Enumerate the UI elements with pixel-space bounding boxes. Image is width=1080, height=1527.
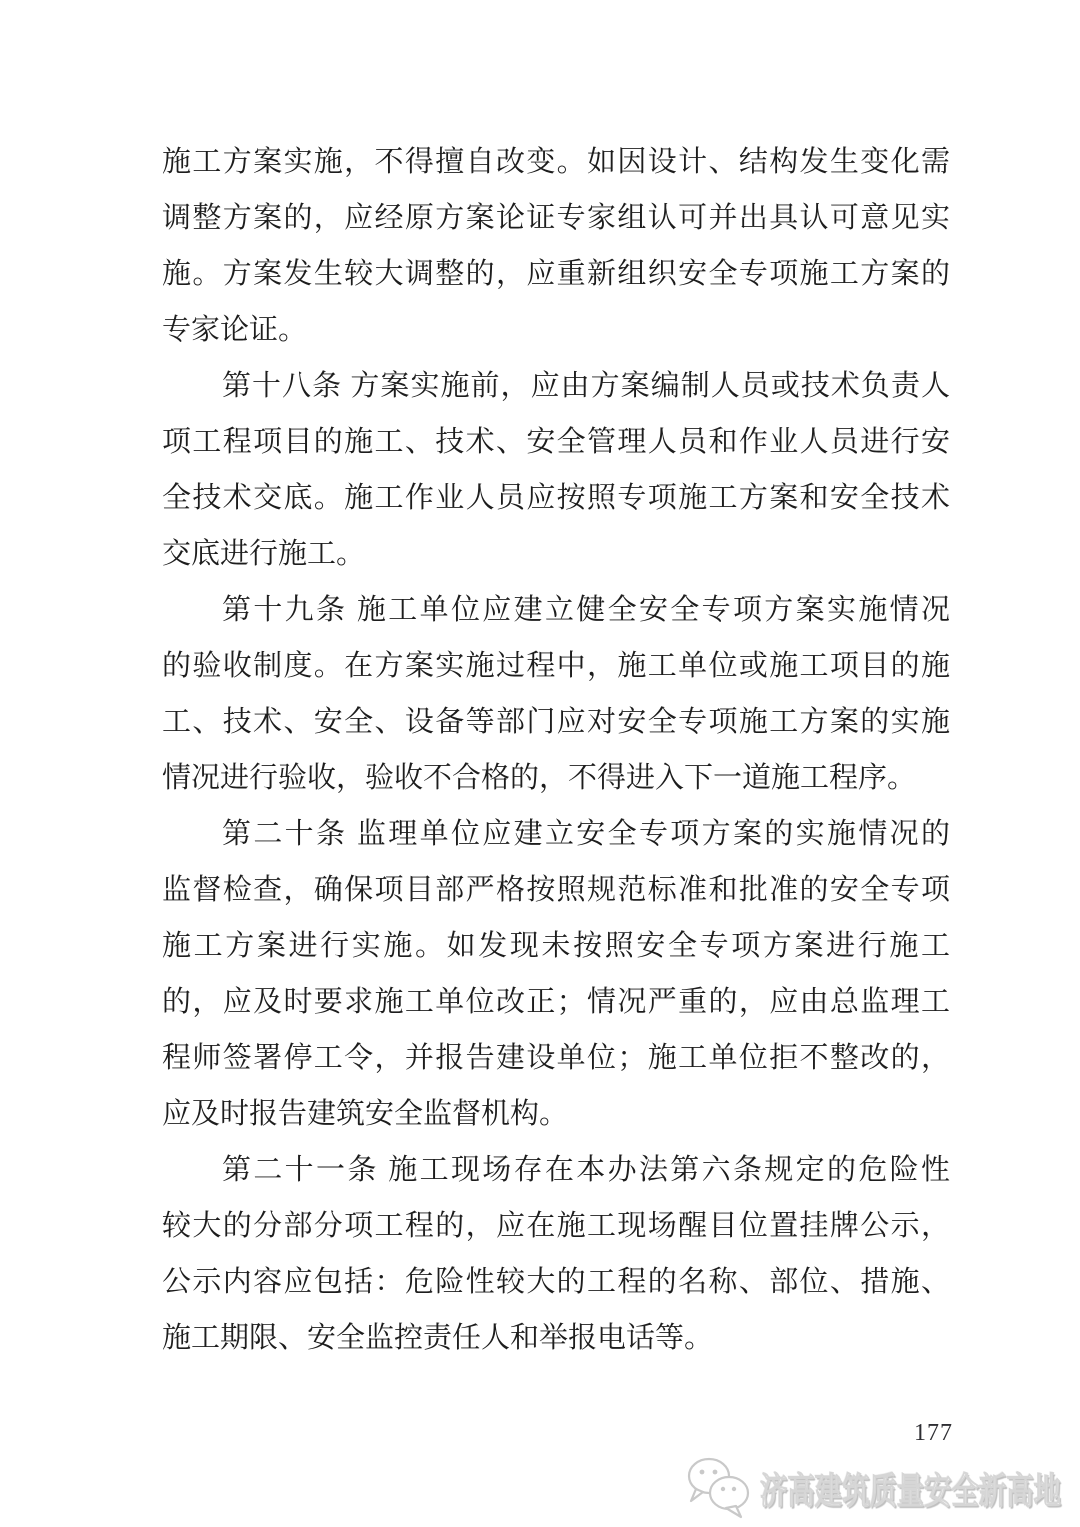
article-20: 第二十条 监理单位应建立安全专项方案的实施情况的 监督检查，确保项目部严格按照规… [162,806,950,1142]
text-line: 的，应及时要求施工单位改正；情况严重的，应由总监理工 [162,974,950,1030]
text-line: 第二十一条 施工现场存在本办法第六条规定的危险性 [162,1142,950,1198]
text-line: 情况进行验收，验收不合格的，不得进入下一道施工程序。 [162,750,950,806]
text-line: 公示内容应包括：危险性较大的工程的名称、部位、措施、 [162,1254,950,1310]
page-number: 177 [914,1420,953,1447]
text-line: 第二十条 监理单位应建立安全专项方案的实施情况的 [162,806,950,862]
text-line: 工、技术、安全、设备等部门应对安全专项施工方案的实施 [162,694,950,750]
text-line: 全技术交底。施工作业人员应按照专项施工方案和安全技术 [162,470,950,526]
paragraph-continuation: 施工方案实施，不得擅自改变。如因设计、结构发生变化需 调整方案的，应经原方案论证… [162,134,950,358]
text-line: 应及时报告建筑安全监督机构。 [162,1086,950,1142]
text-line: 施。方案发生较大调整的，应重新组织安全专项施工方案的 [162,246,950,302]
text-line: 监督检查，确保项目部严格按照规范标准和批准的安全专项 [162,862,950,918]
article-19: 第十九条 施工单位应建立健全安全专项方案实施情况 的验收制度。在方案实施过程中，… [162,582,950,806]
text-line: 调整方案的，应经原方案论证专家组认可并出具认可意见实 [162,190,950,246]
document-body: 施工方案实施，不得擅自改变。如因设计、结构发生变化需 调整方案的，应经原方案论证… [162,134,950,1366]
text-line: 项工程项目的施工、技术、安全管理人员和作业人员进行安 [162,414,950,470]
text-line: 第十八条 方案实施前，应由方案编制人员或技术负责人 [162,358,950,414]
text-line: 程师签署停工令，并报告建设单位；施工单位拒不整改的， [162,1030,950,1086]
text-line: 的验收制度。在方案实施过程中，施工单位或施工项目的施 [162,638,950,694]
text-line: 专家论证。 [162,302,950,358]
text-line: 第十九条 施工单位应建立健全安全专项方案实施情况 [162,582,950,638]
watermark: 济高建筑质量安全新高地 [684,1452,1080,1524]
document-page: 施工方案实施，不得擅自改变。如因设计、结构发生变化需 调整方案的，应经原方案论证… [0,0,1080,1527]
text-line: 施工期限、安全监控责任人和举报电话等。 [162,1310,950,1366]
text-line: 施工方案进行实施。如发现未按照安全专项方案进行施工 [162,918,950,974]
text-line: 较大的分部分项工程的，应在施工现场醒目位置挂牌公示， [162,1198,950,1254]
article-18: 第十八条 方案实施前，应由方案编制人员或技术负责人 项工程项目的施工、技术、安全… [162,358,950,582]
text-line: 施工方案实施，不得擅自改变。如因设计、结构发生变化需 [162,134,950,190]
article-21: 第二十一条 施工现场存在本办法第六条规定的危险性 较大的分部分项工程的，应在施工… [162,1142,950,1366]
text-line: 交底进行施工。 [162,526,950,582]
wechat-icon [684,1454,756,1522]
watermark-text: 济高建筑质量安全新高地 [760,1463,1061,1514]
